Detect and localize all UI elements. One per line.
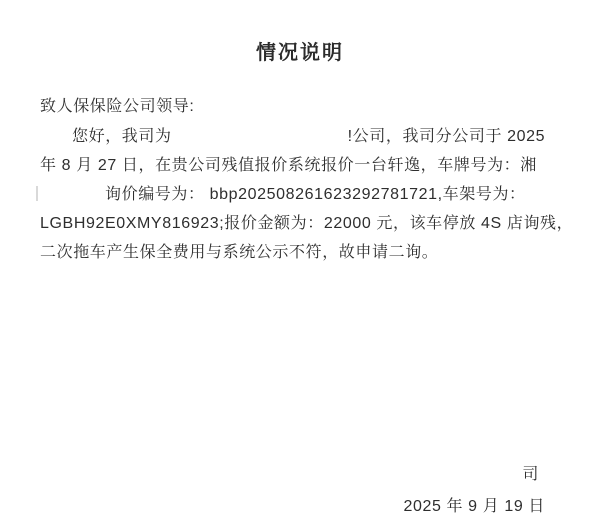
body-line-4: LGBH92E0XMY816923;报价金额为：22000 元，该车停放 4S … [40,214,573,234]
body-line-1: 您好，我司为!公司，我司分公司于 2025 [72,127,545,147]
body-line-1-pre: 您好，我司为 [72,128,172,145]
signature-block: 司 2025 年 9 月 19 日 [403,461,545,516]
signature-date: 2025 年 9 月 19 日 [403,493,545,516]
signature-company: 司 [403,461,545,484]
document-page: 情况说明 致人保保险公司领导: 您好，我司为!公司，我司分公司于 2025 年 … [0,0,600,521]
document-title: 情况说明 [0,36,600,65]
redaction-stroke-fragment [36,186,38,201]
body-line-3: 询价编号为： bbp202508261623292781721,车架号为： [105,185,526,205]
body-line-5: 二次拖车产生保全费用与系统公示不符，故申请二询。 [40,243,438,263]
body-line-1-post: !公司，我司分公司于 2025 [348,128,546,145]
body-line-2: 年 8 月 27 日，在贵公司残值报价系统报价一台轩逸，车牌号为：湘 [40,156,537,176]
redacted-company-name-area [172,136,348,137]
salutation-line: 致人保保险公司领导: [40,93,194,116]
